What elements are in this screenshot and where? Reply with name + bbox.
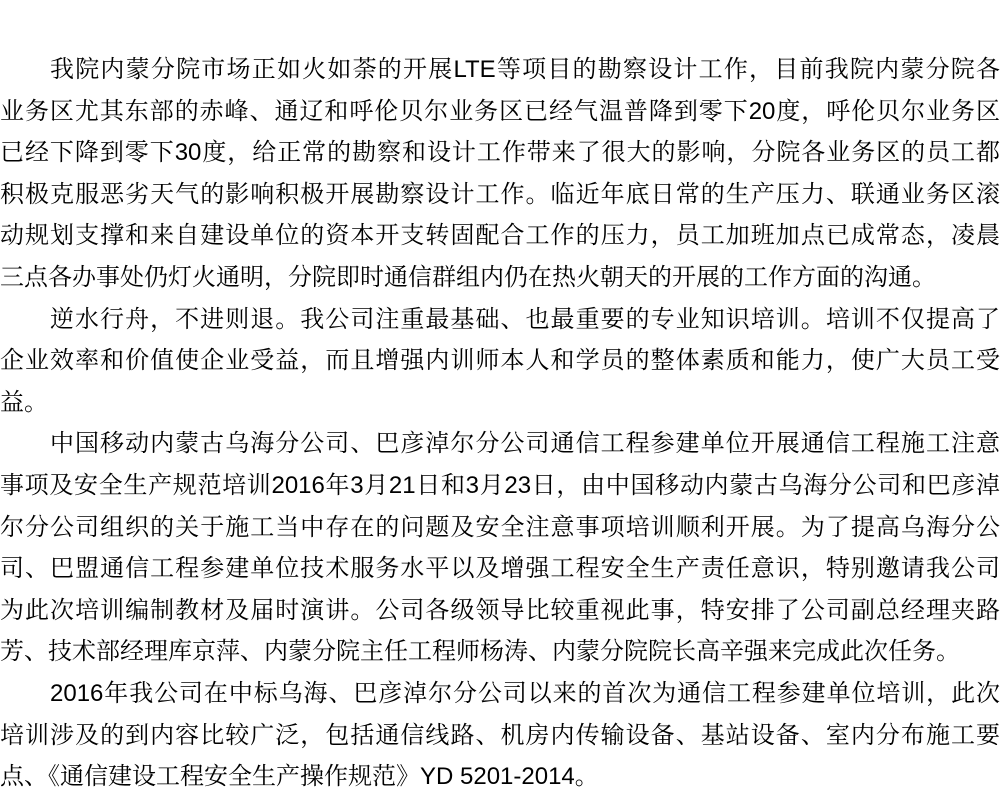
text-line: 动规划支撑和来自建设单位的资本开支转固配合工作的压力，员工加班加点已成常态，凌晨 (0, 215, 1000, 257)
text-line: 积极克服恶劣天气的影响积极开展勘察设计工作。临近年底日常的生产压力、联通业务区滚 (0, 174, 1000, 216)
text-line: 已经下降到零下30度，给正常的勘察和设计工作带来了很大的影响，分院各业务区的员工… (0, 132, 1000, 174)
text-line: 我院内蒙分院市场正如火如荼的开展LTE等项目的勘察设计工作，目前我院内蒙分院各 (0, 49, 1000, 91)
text-line: 司、巴盟通信工程参建单位技术服务水平以及增强工程安全生产责任意识，特别邀请我公司 (0, 548, 1000, 590)
text-line: 益。 (0, 382, 1000, 424)
text-line: 业务区尤其东部的赤峰、通辽和呼伦贝尔业务区已经气温普降到零下20度，呼伦贝尔业务… (0, 91, 1000, 133)
text-line: 2016年我公司在中标乌海、巴彦淖尔分公司以来的首次为通信工程参建单位培训，此次 (0, 673, 1000, 715)
text-line: 三点各办事处仍灯火通明，分院即时通信群组内仍在热火朝天的开展的工作方面的沟通。 (0, 257, 1000, 299)
text-line: 事项及安全生产规范培训2016年3月21日和3月23日，由中国移动内蒙古乌海分公… (0, 465, 1000, 507)
text-line: 逆水行舟，不进则退。我公司注重最基础、也最重要的专业知识培训。培训不仅提高了 (0, 299, 1000, 341)
text-line: 企业效率和价值使企业受益，而且增强内训师本人和学员的整体素质和能力，使广大员工受 (0, 340, 1000, 382)
text-line: 为此次培训编制教材及届时演讲。公司各级领导比较重视此事，特安排了公司副总经理夹路 (0, 590, 1000, 632)
text-line: 点、《通信建设工程安全生产操作规范》YD 5201-2014。 (0, 756, 1000, 798)
document-page: 我院内蒙分院市场正如火如荼的开展LTE等项目的勘察设计工作，目前我院内蒙分院各业… (0, 0, 1000, 800)
text-line: 培训涉及的到内容比较广泛，包括通信线路、机房内传输设备、基站设备、室内分布施工要 (0, 715, 1000, 757)
text-line: 芳、技术部经理库京萍、内蒙分院主任工程师杨涛、内蒙分院院长高辛强来完成此次任务。 (0, 631, 1000, 673)
text-line: 中国移动内蒙古乌海分公司、巴彦淖尔分公司通信工程参建单位开展通信工程施工注意 (0, 423, 1000, 465)
document-body: 我院内蒙分院市场正如火如荼的开展LTE等项目的勘察设计工作，目前我院内蒙分院各业… (0, 0, 1000, 798)
text-line: 尔分公司组织的关于施工当中存在的问题及安全注意事项培训顺利开展。为了提高乌海分公 (0, 507, 1000, 549)
